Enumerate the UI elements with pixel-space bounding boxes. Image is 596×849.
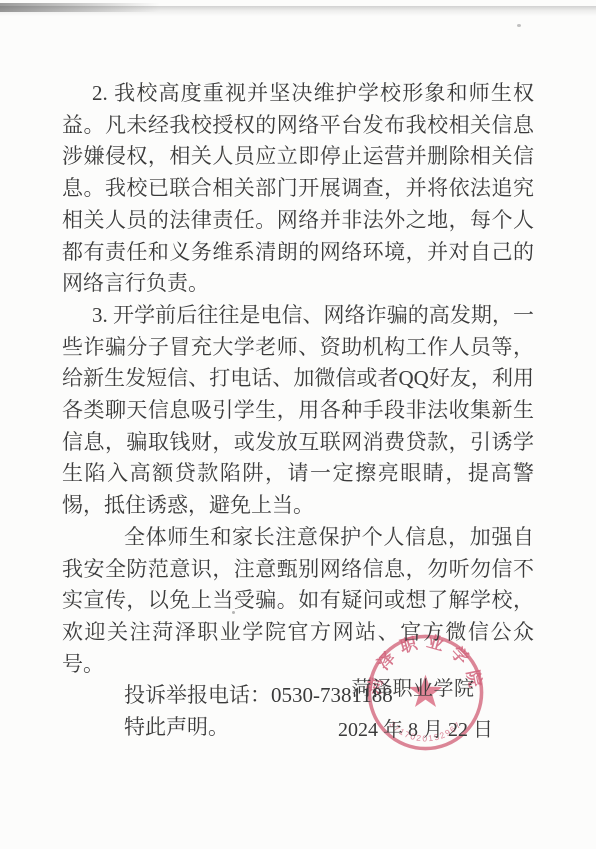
paragraph-point-2: 2. 我校高度重视并坚决维护学校形象和师生权益。凡未经我校授权的网络平台发布我校…: [62, 78, 534, 300]
paragraph-point-3: 3. 开学前后往往是电信、网络诈骗的高发期，一些诈骗分子冒充大学老师、资助机构工…: [62, 300, 534, 522]
scanned-statement-page: 2. 我校高度重视并坚决维护学校形象和师生权益。凡未经我校授权的网络平台发布我校…: [0, 0, 596, 849]
signature-date: 2024 年 8 月 22 日: [338, 713, 488, 742]
scan-speck: [517, 24, 521, 27]
signature-org: 菏泽职业学院: [338, 672, 488, 701]
scan-corner-artifact: [0, 3, 160, 12]
document-body: 2. 我校高度重视并坚决维护学校形象和师生权益。凡未经我校授权的网络平台发布我校…: [62, 78, 534, 744]
signature-block: 菏泽职业学院 2024 年 8 月 22 日: [338, 672, 488, 742]
paragraph-notice: 全体师生和家长注意保护个人信息，加强自我安全防范意识，注意甄别网络信息，勿听勿信…: [62, 522, 534, 681]
